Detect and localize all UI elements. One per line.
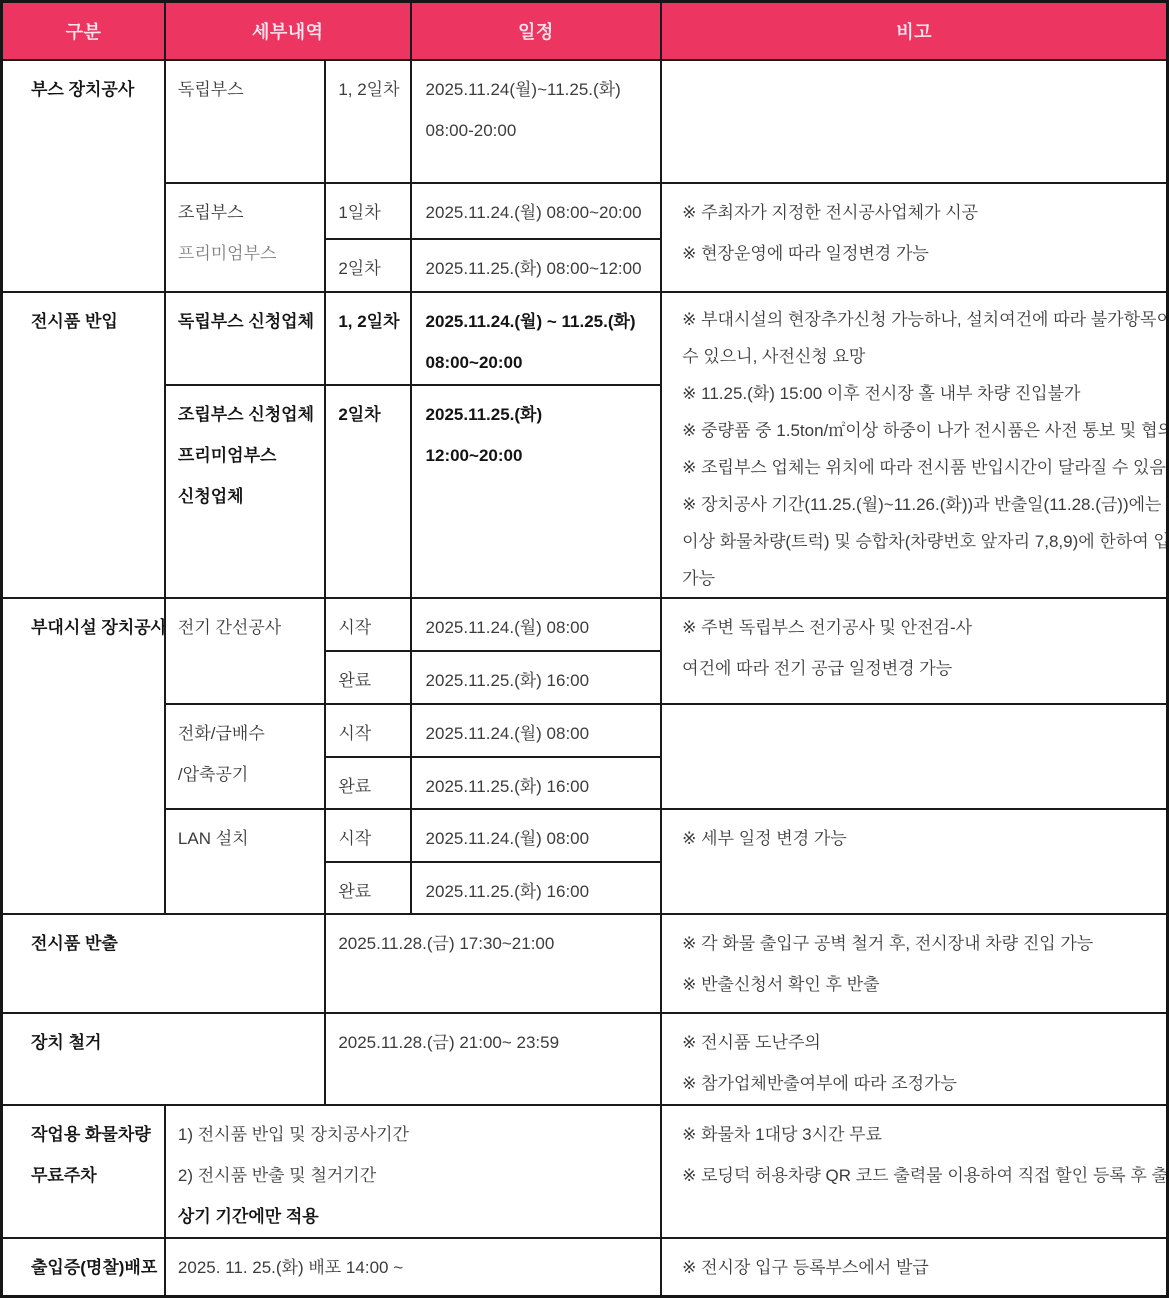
detail-independent-booth-applicants: 독립부스 신청업체 <box>165 292 325 386</box>
text-line: ※ 각 화물 출입구 공벽 철거 후, 전시장내 차량 진입 가능 <box>682 923 1156 964</box>
phase-day-1-2: 1, 2일차 <box>325 292 410 386</box>
text-line: 프리미엄부스 <box>178 233 314 274</box>
schedule-move-in-assembled: 2025.11.25.(화)12:00~20:00 <box>411 385 662 597</box>
header-schedule: 일정 <box>411 2 662 60</box>
text-line: 전시품 반출 <box>31 923 314 964</box>
text-line: 부스 장치공사 <box>31 69 154 110</box>
schedule-lan-start: 2025.11.24.(월) 08:00 <box>411 809 662 862</box>
table-row: 전시품 반출2025.11.28.(금) 17:30~21:00※ 각 화물 출… <box>2 914 1168 1013</box>
remarks-lan: ※ 세부 일정 변경 가능 <box>661 809 1167 914</box>
text-line: ※ 주최자가 지정한 전시공사업체가 시공 <box>682 192 1156 233</box>
category-booth-installation: 부스 장치공사 <box>2 60 165 292</box>
text-line: ※ 반출신청서 확인 후 반출 <box>682 964 1156 1005</box>
schedule-move-in-independent: 2025.11.24.(월) ~ 11.25.(화)08:00~20:00 <box>411 292 662 386</box>
text-line: 여건에 따라 전기 공급 일정변경 가능 <box>682 648 1156 689</box>
text-line: 완료 <box>338 660 399 701</box>
text-line: 08:00~20:00 <box>426 342 651 383</box>
phase-start: 시작 <box>325 704 410 757</box>
text-line: 프리미엄부스 <box>178 435 314 476</box>
phase-day-1: 1일차 <box>325 183 410 239</box>
phase-start: 시작 <box>325 809 410 862</box>
phase-day-2: 2일차 <box>325 385 410 597</box>
text-line: 2) 전시품 반출 및 철거기간 <box>178 1155 650 1196</box>
text-line: ※ 세부 일정 변경 가능 <box>682 818 1156 859</box>
schedule-electric-complete: 2025.11.25.(화) 16:00 <box>411 651 662 704</box>
text-line: 부대시설 장치공사 <box>31 607 154 648</box>
text-line: 2025.11.24.(월) ~ 11.25.(화) <box>426 301 651 342</box>
phase-complete: 완료 <box>325 862 410 914</box>
schedule-utility-start: 2025.11.24.(월) 08:00 <box>411 704 662 757</box>
table-row: 조립부스프리미엄부스1일차2025.11.24.(월) 08:00~20:00※… <box>2 183 1168 239</box>
header-remarks: 비고 <box>661 2 1167 60</box>
schedule-utility-complete: 2025.11.25.(화) 16:00 <box>411 757 662 809</box>
detail-parking-periods: 1) 전시품 반입 및 장치공사기간2) 전시품 반출 및 철거기간상기 기간에… <box>165 1105 661 1238</box>
phase-start: 시작 <box>325 598 410 651</box>
schedule-table: 구분세부내역일정비고 부스 장치공사독립부스1, 2일차2025.11.24(월… <box>0 0 1169 1298</box>
category-free-parking: 작업용 화물차량무료주차 <box>2 1105 165 1238</box>
text-line: 2025.11.25.(화) <box>426 394 651 435</box>
text-line: 2025.11.25.(화) 08:00~12:00 <box>426 248 651 289</box>
text-line: 1일차 <box>338 192 399 233</box>
detail-electric-mains: 전기 간선공사 <box>165 598 325 704</box>
text-line: 2일차 <box>338 394 399 435</box>
phase-complete: 완료 <box>325 651 410 704</box>
text-line: 2025.11.25.(화) 16:00 <box>426 871 651 912</box>
header-row: 구분세부내역일정비고 <box>2 2 1168 60</box>
text-line: 전화/급배수 <box>178 713 314 754</box>
phase-day-2: 2일차 <box>325 239 410 292</box>
detail-telephone-water-air: 전화/급배수/압축공기 <box>165 704 325 809</box>
remarks-move-out: ※ 각 화물 출입구 공벽 철거 후, 전시장내 차량 진입 가능※ 반출신청서… <box>661 914 1167 1013</box>
text-line: 2025.11.25.(화) 16:00 <box>426 660 651 701</box>
category-exhibit-move-in: 전시품 반입 <box>2 292 165 598</box>
text-line: 작업용 화물차량 <box>31 1114 154 1155</box>
text-line: ※ 장치공사 기간(11.25.(월)~11.26.(화))과 반출일(11.2… <box>682 486 1156 523</box>
text-line: 조립부스 신청업체 <box>178 394 314 435</box>
text-line: 독립부스 신청업체 <box>178 301 314 342</box>
schedule-lan-complete: 2025.11.25.(화) 16:00 <box>411 862 662 914</box>
text-line: 2025.11.28.(금) 21:00~ 23:59 <box>338 1022 650 1063</box>
text-line: 2025. 11. 25.(화) 배포 14:00 ~ <box>178 1247 650 1288</box>
table-row: 전시품 반입독립부스 신청업체1, 2일차2025.11.24.(월) ~ 11… <box>2 292 1168 386</box>
text-line: ※ 현장운영에 따라 일정변경 가능 <box>682 233 1156 274</box>
schedule-assembled-day1: 2025.11.24.(월) 08:00~20:00 <box>411 183 662 239</box>
text-line: 수 있으니, 사전신청 요망 <box>682 338 1156 375</box>
text-line: ※ 전시장 입구 등록부스에서 발급 <box>682 1247 1156 1288</box>
schedule-move-out: 2025.11.28.(금) 17:30~21:00 <box>325 914 661 1013</box>
remarks-parking: ※ 화물차 1대당 3시간 무료※ 로딩덕 허용차량 QR 코드 출력물 이용하… <box>661 1105 1167 1238</box>
text-line: 2025.11.24(월)~11.25.(화) <box>426 69 651 110</box>
text-line: 시작 <box>338 607 399 648</box>
text-line: ※ 주변 독립부스 전기공사 및 안전검-사 <box>682 607 1156 648</box>
header-details: 세부내역 <box>165 2 411 60</box>
text-line: 무료주차 <box>31 1155 154 1196</box>
text-line: 12:00~20:00 <box>426 435 651 476</box>
schedule-badge-distribution: 2025. 11. 25.(화) 배포 14:00 ~ <box>165 1238 661 1297</box>
text-line: 2025.11.25.(화) 16:00 <box>426 766 651 807</box>
text-line: 전기 간선공사 <box>178 607 314 648</box>
table-row: LAN 설치시작2025.11.24.(월) 08:00※ 세부 일정 변경 가… <box>2 809 1168 862</box>
text-line: 2025.11.24.(월) 08:00~20:00 <box>426 192 651 233</box>
text-line: 1) 전시품 반입 및 장치공사기간 <box>178 1114 650 1155</box>
text-line: 2025.11.24.(월) 08:00 <box>426 713 651 754</box>
text-line: ※ 화물차 1대당 3시간 무료 <box>682 1114 1156 1155</box>
text-line: 신청업체 <box>178 476 314 517</box>
schedule-assembled-day2: 2025.11.25.(화) 08:00~12:00 <box>411 239 662 292</box>
schedule-removal: 2025.11.28.(금) 21:00~ 23:59 <box>325 1013 661 1105</box>
text-line: ※ 중량품 중 1.5ton/㎡이상 하중이 나가 전시품은 사전 통보 및 협… <box>682 412 1156 449</box>
remarks-booth-installation: ※ 주최자가 지정한 전시공사업체가 시공※ 현장운영에 따라 일정변경 가능 <box>661 183 1167 292</box>
text-line: ※ 참가업체반출여부에 따라 조정가능 <box>682 1063 1156 1104</box>
text-line: ※ 전시품 도난주의 <box>682 1022 1156 1063</box>
table-row: 부대시설 장치공사전기 간선공사시작2025.11.24.(월) 08:00※ … <box>2 598 1168 651</box>
table-row: 출입증(명찰)배포2025. 11. 25.(화) 배포 14:00 ~※ 전시… <box>2 1238 1168 1297</box>
text-line: LAN 설치 <box>178 818 314 859</box>
schedule-page: 구분세부내역일정비고 부스 장치공사독립부스1, 2일차2025.11.24(월… <box>0 0 1169 1298</box>
table-row: 장치 철거2025.11.28.(금) 21:00~ 23:59※ 전시품 도난… <box>2 1013 1168 1105</box>
text-line: 2025.11.28.(금) 17:30~21:00 <box>338 923 650 964</box>
text-line: 2025.11.24.(월) 08:00 <box>426 818 651 859</box>
text-line: 전시품 반입 <box>31 301 154 342</box>
remarks-removal: ※ 전시품 도난주의※ 참가업체반출여부에 따라 조정가능 <box>661 1013 1167 1105</box>
category-utility-installation: 부대시설 장치공사 <box>2 598 165 914</box>
schedule-table-header: 구분세부내역일정비고 <box>2 2 1168 60</box>
text-line: 1, 2일차 <box>338 69 399 110</box>
text-line: 완료 <box>338 871 399 912</box>
text-line: ※ 11.25.(화) 15:00 이후 전시장 홀 내부 차량 진입불가 <box>682 375 1156 412</box>
category-exhibit-move-out: 전시품 반출 <box>2 914 326 1013</box>
text-line: ※ 조립부스 업체는 위치에 따라 전시품 반입시간이 달라질 수 있음 <box>682 449 1156 486</box>
text-line: 이상 화물차량(트럭) 및 승합차(차량번호 앞자리 7,8,9)에 한하여 입… <box>682 523 1156 560</box>
text-line: 2025.11.24.(월) 08:00 <box>426 607 651 648</box>
text-line: 독립부스 <box>178 69 314 110</box>
remarks-electric: ※ 주변 독립부스 전기공사 및 안전검-사여건에 따라 전기 공급 일정변경 … <box>661 598 1167 704</box>
schedule-independent-booth: 2025.11.24(월)~11.25.(화)08:00-20:00 <box>411 60 662 183</box>
detail-assembled-premium-applicants: 조립부스 신청업체프리미엄부스신청업체 <box>165 385 325 597</box>
schedule-electric-start: 2025.11.24.(월) 08:00 <box>411 598 662 651</box>
text-line: 1, 2일차 <box>338 301 399 342</box>
text-line: 시작 <box>338 818 399 859</box>
text-line: 장치 철거 <box>31 1022 314 1063</box>
text-line: 상기 기간에만 적용 <box>178 1196 650 1237</box>
phase-complete: 완료 <box>325 757 410 809</box>
phase-day-1-2: 1, 2일차 <box>325 60 410 183</box>
text-line: /압축공기 <box>178 754 314 795</box>
detail-independent-booth: 독립부스 <box>165 60 325 183</box>
remarks-empty <box>661 60 1167 183</box>
remarks-empty <box>661 704 1167 809</box>
detail-assembled-premium-booth: 조립부스프리미엄부스 <box>165 183 325 292</box>
detail-lan-install: LAN 설치 <box>165 809 325 914</box>
text-line: 가능 <box>682 560 1156 597</box>
text-line: 조립부스 <box>178 192 314 233</box>
remarks-badge: ※ 전시장 입구 등록부스에서 발급 <box>661 1238 1167 1297</box>
category-badge-distribution: 출입증(명찰)배포 <box>2 1238 165 1297</box>
text-line: ※ 부대시설의 현장추가신청 가능하나, 설치여건에 따라 불가항목이 있을 <box>682 301 1156 338</box>
text-line: 시작 <box>338 713 399 754</box>
header-category: 구분 <box>2 2 165 60</box>
text-line: 출입증(명찰)배포 <box>31 1247 154 1288</box>
remarks-move-in: ※ 부대시설의 현장추가신청 가능하나, 설치여건에 따라 불가항목이 있을수 … <box>661 292 1167 598</box>
text-line: 08:00-20:00 <box>426 110 651 151</box>
text-line: 2일차 <box>338 248 399 289</box>
schedule-table-body: 부스 장치공사독립부스1, 2일차2025.11.24(월)~11.25.(화)… <box>2 60 1168 1297</box>
table-row: 부스 장치공사독립부스1, 2일차2025.11.24(월)~11.25.(화)… <box>2 60 1168 183</box>
text-line: ※ 로딩덕 허용차량 QR 코드 출력물 이용하여 직접 할인 등록 후 출차 <box>682 1155 1156 1196</box>
text-line: 완료 <box>338 766 399 807</box>
table-row: 작업용 화물차량무료주차1) 전시품 반입 및 장치공사기간2) 전시품 반출 … <box>2 1105 1168 1238</box>
table-row: 전화/급배수/압축공기시작2025.11.24.(월) 08:00 <box>2 704 1168 757</box>
category-structure-removal: 장치 철거 <box>2 1013 326 1105</box>
